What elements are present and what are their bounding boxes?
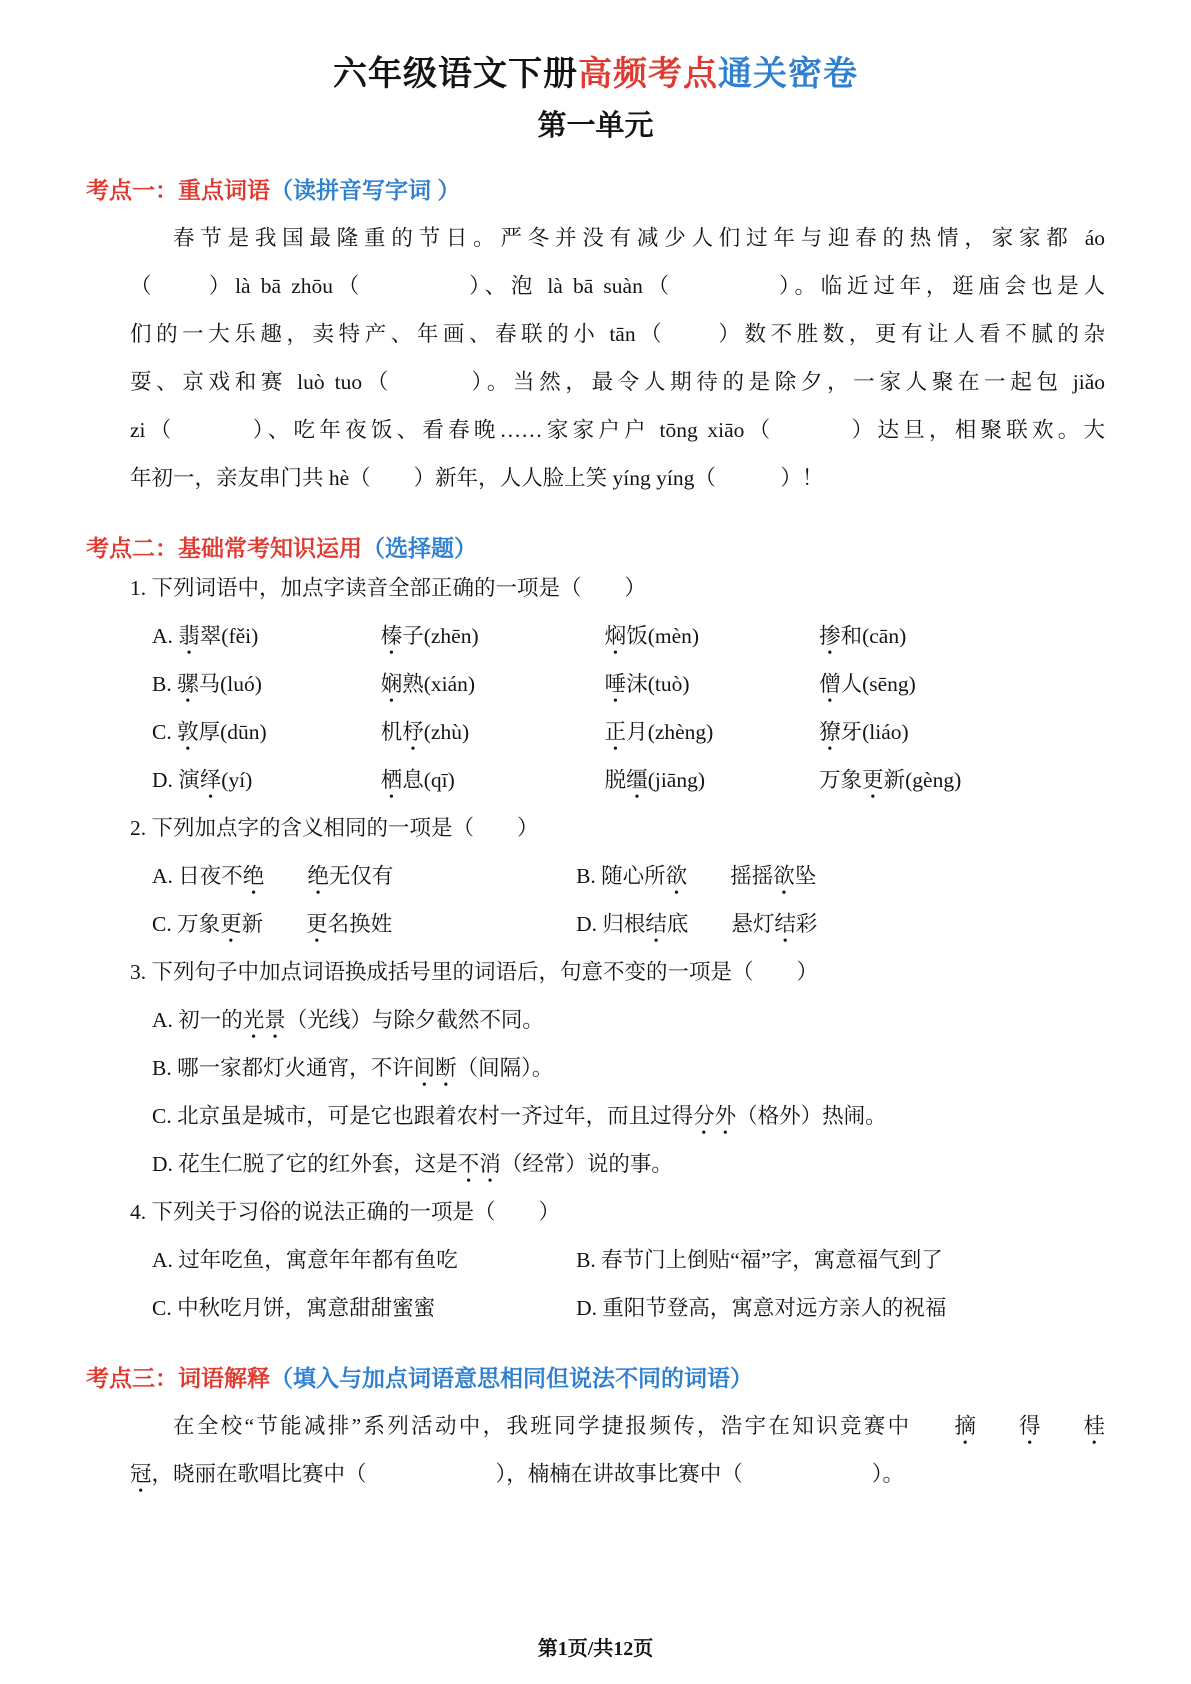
passage-line: zi（ ）、吃年夜饭、看春晚……家家户户 tōng xiāo（ ）达旦，相聚联欢… bbox=[130, 406, 1105, 454]
section-1-heading-topic: 考点一：重点词语 bbox=[86, 177, 270, 203]
question-4: 4. 下列关于习俗的说法正确的一项是（ ） A. 过年吃鱼，寓意年年都有鱼吃 B… bbox=[130, 1188, 1105, 1332]
q2-option-cell: B. 随心所欲 摇摇欲坠 bbox=[576, 852, 1105, 900]
q2-option-cell: A. 日夜不绝 绝无仅有 bbox=[152, 852, 576, 900]
question-3-stem: 3. 下列句子中加点词语换成括号里的词语后，句意不变的一项是（ ） bbox=[130, 948, 1105, 996]
q1-option-cell: C. 敦厚(dūn) bbox=[152, 708, 381, 756]
question-1: 1. 下列词语中，加点字读音全部正确的一项是（ ） A. 翡翠(fěi) 榛子(… bbox=[130, 564, 1105, 804]
title-highlight-red: 高频考点 bbox=[578, 56, 718, 93]
q2-option-cell: C. 万象更新 更名换姓 bbox=[152, 900, 576, 948]
exam-page: 六年级语文下册高频考点通关密卷 第一单元 考点一：重点词语（读拼音写字词 ） 春… bbox=[0, 0, 1191, 1684]
q1-option-cell: 栖息(qī) bbox=[381, 756, 605, 804]
q1-option-cell: A. 翡翠(fěi) bbox=[152, 612, 381, 660]
q4-option-cell: C. 中秋吃月饼，寓意甜甜蜜蜜 bbox=[152, 1284, 576, 1332]
question-2-stem: 2. 下列加点字的含义相同的一项是（ ） bbox=[130, 804, 1105, 852]
passage-line: 冠，晓丽在歌唱比赛中（ ），楠楠在讲故事比赛中（ ）。 bbox=[130, 1450, 1105, 1498]
q4-option-cell: B. 春节门上倒贴“福”字，寓意福气到了 bbox=[576, 1236, 1105, 1284]
question-1-options: A. 翡翠(fěi) 榛子(zhēn) 焖饭(mèn) 掺和(cān) B. 骡… bbox=[152, 612, 1105, 804]
q1-option-cell: 万象更新(gèng) bbox=[819, 756, 1105, 804]
question-4-options: A. 过年吃鱼，寓意年年都有鱼吃 B. 春节门上倒贴“福”字，寓意福气到了 C.… bbox=[152, 1236, 1105, 1332]
section-1-heading-note: （读拼音写字词 ） bbox=[270, 177, 460, 203]
section-2-heading: 考点二：基础常考知识运用（选择题） bbox=[86, 532, 1105, 564]
section-3-heading: 考点三：词语解释（填入与加点词语意思相同但说法不同的词语） bbox=[86, 1362, 1105, 1394]
q1-option-cell: 正月(zhèng) bbox=[605, 708, 819, 756]
passage-line: （ ）là bā zhōu（ ）、泡 là bā suàn（ ）。临近过年，逛庙… bbox=[130, 262, 1105, 310]
q1-option-cell: 掺和(cān) bbox=[819, 612, 1105, 660]
pinyin-fill-passage: 春节是我国最隆重的节日。严冬并没有减少人们过年与迎春的热情，家家都 áo （ ）… bbox=[130, 214, 1105, 502]
q1-option-cell: 唾沫(tuò) bbox=[605, 660, 819, 708]
unit-title: 第一单元 bbox=[86, 108, 1105, 144]
q1-option-cell: 机杼(zhù) bbox=[381, 708, 605, 756]
q1-option-cell: 娴熟(xián) bbox=[381, 660, 605, 708]
passage-line: 在全校“节能减排”系列活动中，我班同学捷报频传，浩宇在知识竞赛中摘得桂 bbox=[130, 1402, 1105, 1450]
question-4-stem: 4. 下列关于习俗的说法正确的一项是（ ） bbox=[130, 1188, 1105, 1236]
q3-option-line: D. 花生仁脱了它的红外套，这是不消（经常）说的事。 bbox=[152, 1140, 1105, 1188]
passage-line: 春节是我国最隆重的节日。严冬并没有减少人们过年与迎春的热情，家家都 áo bbox=[130, 214, 1105, 262]
q3-option-line: B. 哪一家都灯火通宵，不许间断（间隔）。 bbox=[152, 1044, 1105, 1092]
section-2-heading-note: （选择题） bbox=[362, 535, 477, 561]
page-title: 六年级语文下册高频考点通关密卷 bbox=[86, 54, 1105, 96]
passage-line: 们的一大乐趣，卖特产、年画、春联的小 tān（ ）数不胜数，更有让人看不腻的杂 bbox=[130, 310, 1105, 358]
q1-option-cell: 僧人(sēng) bbox=[819, 660, 1105, 708]
q1-option-cell: 脱缰(jiāng) bbox=[605, 756, 819, 804]
q1-option-cell: B. 骡马(luó) bbox=[152, 660, 381, 708]
question-2: 2. 下列加点字的含义相同的一项是（ ） A. 日夜不绝 绝无仅有 B. 随心所… bbox=[130, 804, 1105, 948]
q3-option-line: C. 北京虽是城市，可是它也跟着农村一齐过年，而且过得分外（格外）热闹。 bbox=[152, 1092, 1105, 1140]
section-3-heading-topic: 考点三：词语解释 bbox=[86, 1365, 270, 1391]
q4-option-cell: A. 过年吃鱼，寓意年年都有鱼吃 bbox=[152, 1236, 576, 1284]
title-grade-text: 六年级语文下册 bbox=[333, 56, 578, 93]
q1-option-cell: 焖饭(mèn) bbox=[605, 612, 819, 660]
q2-option-cell: D. 归根结底 悬灯结彩 bbox=[576, 900, 1105, 948]
q3-option-line: A. 初一的光景（光线）与除夕截然不同。 bbox=[152, 996, 1105, 1044]
q4-option-cell: D. 重阳节登高，寓意对远方亲人的祝福 bbox=[576, 1284, 1105, 1332]
q1-option-cell: 獠牙(liáo) bbox=[819, 708, 1105, 756]
page-footer: 第1页/共12页 bbox=[0, 1636, 1191, 1662]
passage-line: 耍、京戏和赛 luò tuo（ ）。当然，最令人期待的是除夕，一家人聚在一起包 … bbox=[130, 358, 1105, 406]
passage-line: 年初一，亲友串门共 hè（ ）新年，人人脸上笑 yíng yíng（ ）！ bbox=[130, 454, 1105, 502]
title-highlight-blue: 通关密卷 bbox=[718, 56, 858, 93]
section-3-heading-note: （填入与加点词语意思相同但说法不同的词语） bbox=[270, 1365, 753, 1391]
section-2-heading-topic: 考点二：基础常考知识运用 bbox=[86, 535, 362, 561]
question-2-options: A. 日夜不绝 绝无仅有 B. 随心所欲 摇摇欲坠 C. 万象更新 更名换姓 D… bbox=[152, 852, 1105, 948]
q1-option-cell: 榛子(zhēn) bbox=[381, 612, 605, 660]
section-1-heading: 考点一：重点词语（读拼音写字词 ） bbox=[86, 174, 1105, 206]
word-explanation-passage: 在全校“节能减排”系列活动中，我班同学捷报频传，浩宇在知识竞赛中摘得桂 冠，晓丽… bbox=[130, 1402, 1105, 1498]
question-3: 3. 下列句子中加点词语换成括号里的词语后，句意不变的一项是（ ） A. 初一的… bbox=[130, 948, 1105, 1188]
q1-option-cell: D. 演绎(yí) bbox=[152, 756, 381, 804]
question-1-stem: 1. 下列词语中，加点字读音全部正确的一项是（ ） bbox=[130, 564, 1105, 612]
